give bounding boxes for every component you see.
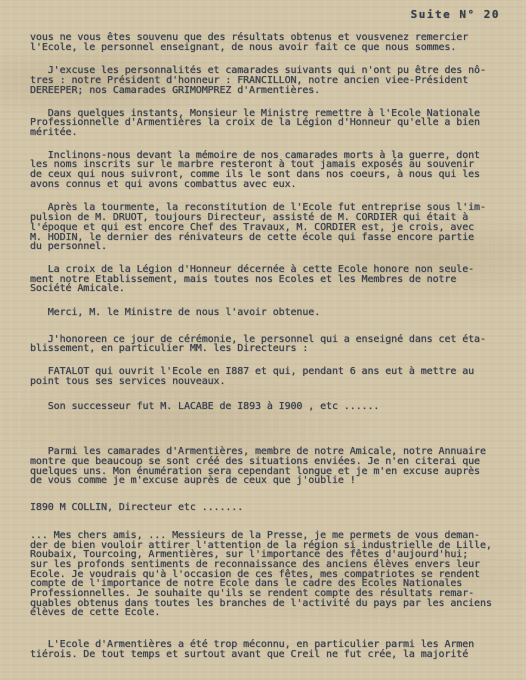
paragraph: J'honoreen ce jour de cérémonie, le pers…	[30, 335, 514, 354]
paragraph: I890 M COLLIN, Directeur etc .......	[30, 503, 514, 513]
paragraph: ... Mes chers amis, ... Messieurs de la …	[30, 531, 514, 618]
document-page: Suite N° 20 vous ne vous êtes souvenu qu…	[0, 0, 526, 680]
paragraph: Inclinons-nous devant la mémoire de nos …	[30, 151, 514, 190]
page-number-label: Suite N° 20	[30, 8, 514, 21]
paragraph: Parmi les camarades d'Armentières, membr…	[30, 447, 514, 486]
paragraph: vous ne vous êtes souvenu que des résult…	[30, 33, 514, 52]
paragraph: J'excuse les personnalités et camarades …	[30, 66, 514, 95]
paragraph: FATALOT qui ouvrit l'Ecole en I887 et qu…	[30, 367, 514, 386]
document-body: vous ne vous êtes souvenu que des résult…	[30, 33, 514, 660]
paragraph: Après la tourmente, la reconstitution de…	[30, 203, 514, 252]
paragraph: Dans quelques instants, Monsieur le Mini…	[30, 109, 514, 138]
paragraph: Merci, M. le Ministre de nous l'avoir ob…	[30, 308, 514, 318]
paragraph: L'Ecole d'Armentières a été trop méconnu…	[30, 640, 514, 659]
document-content: Suite N° 20 vous ne vous êtes souvenu qu…	[0, 0, 526, 660]
paragraph: Son successeur fut M. LACABE de I893 à I…	[30, 402, 514, 412]
paragraph: La croix de la Légion d'Honneur décernée…	[30, 265, 514, 294]
